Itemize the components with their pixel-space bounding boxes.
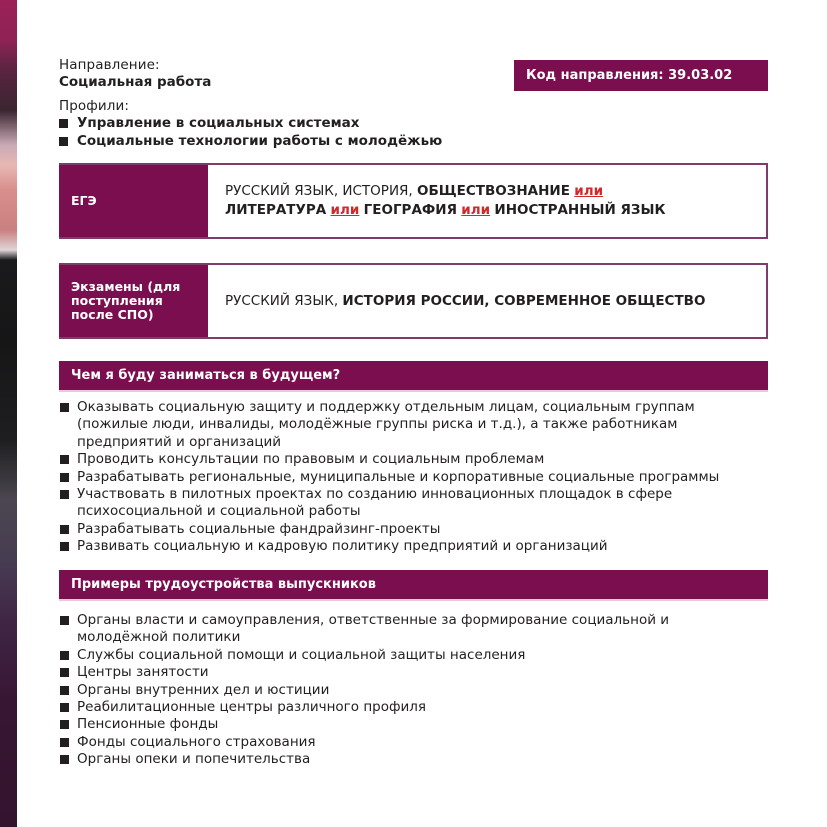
or-word: или bbox=[574, 183, 603, 199]
profiles-list: Управление в социальных системах Социаль… bbox=[59, 114, 442, 150]
list-item: Центры занятости bbox=[59, 664, 759, 681]
list-item: Развивать социальную и кадровую политику… bbox=[59, 538, 759, 555]
list-item: Разрабатывать региональные, муниципальны… bbox=[59, 469, 759, 486]
list-item: Органы опеки и попечительства bbox=[59, 751, 759, 768]
square-bullet-icon bbox=[59, 137, 68, 146]
ege-header: ЕГЭ bbox=[59, 165, 208, 237]
list-item: Оказывать социальную защиту и поддержку … bbox=[59, 399, 759, 451]
employment-section-title: Примеры трудоустройства выпускников bbox=[59, 570, 768, 601]
future-list: Оказывать социальную защиту и поддержку … bbox=[59, 399, 759, 556]
list-item: Разрабатывать социальные фандрайзинг-про… bbox=[59, 521, 759, 538]
or-word: или bbox=[331, 202, 360, 218]
list-item: Фонды социального страхования bbox=[59, 734, 759, 751]
direction-label: Направление: bbox=[59, 57, 160, 73]
direction-code-badge: Код направления: 39.03.02 bbox=[514, 60, 768, 91]
profile-item: Социальные технологии работы с молодёжью bbox=[59, 132, 442, 150]
spo-exams-header: Экзамены (для поступления после СПО) bbox=[59, 265, 208, 337]
list-item: Органы внутренних дел и юстиции bbox=[59, 682, 759, 699]
list-item: Службы социальной помощи и социальной за… bbox=[59, 647, 759, 664]
list-item: Проводить консультации по правовым и соц… bbox=[59, 451, 759, 468]
square-bullet-icon bbox=[59, 119, 68, 128]
profile-item: Управление в социальных системах bbox=[59, 114, 442, 132]
direction-name: Социальная работа bbox=[59, 74, 211, 90]
spo-exams-subjects: РУССКИЙ ЯЗЫК, ИСТОРИЯ РОССИИ, СОВРЕМЕННО… bbox=[208, 265, 766, 337]
side-photo bbox=[0, 0, 17, 827]
future-section-title: Чем я буду заниматься в будущем? bbox=[59, 361, 768, 392]
profiles-label: Профили: bbox=[59, 98, 129, 114]
list-item: Органы власти и самоуправления, ответств… bbox=[59, 612, 759, 647]
list-item: Пенсионные фонды bbox=[59, 716, 759, 733]
ege-subjects: РУССКИЙ ЯЗЫК, ИСТОРИЯ, ОБЩЕСТВОЗНАНИЕ ил… bbox=[208, 165, 766, 237]
list-item: Участвовать в пилотных проектах по созда… bbox=[59, 486, 759, 521]
ege-box: ЕГЭ РУССКИЙ ЯЗЫК, ИСТОРИЯ, ОБЩЕСТВОЗНАНИ… bbox=[59, 163, 768, 239]
or-word: или bbox=[461, 202, 490, 218]
employment-list: Органы власти и самоуправления, ответств… bbox=[59, 612, 759, 769]
spo-exams-box: Экзамены (для поступления после СПО) РУС… bbox=[59, 263, 768, 339]
list-item: Реабилитационные центры различного профи… bbox=[59, 699, 759, 716]
